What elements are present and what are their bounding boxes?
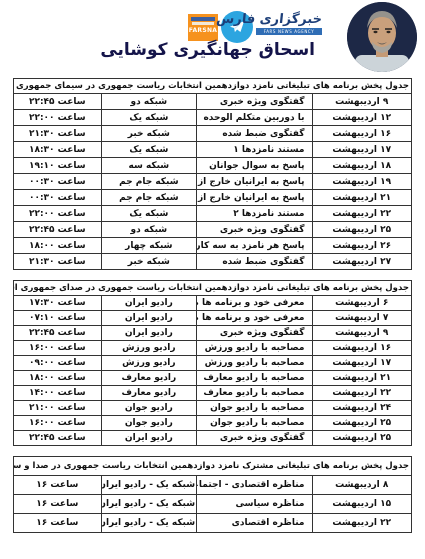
table-row: ۹ اردیبهشتگفتگوی ویژه خبریرادیو ایرانساع… [14, 326, 412, 341]
cell-time: ساعت ۰۰:۳۰ [14, 190, 102, 206]
farsna-decorative-text-line [192, 22, 214, 25]
table-row: ۱۷ اردیبهشتمصاحبه با رادیو ورزشرادیو ورز… [14, 356, 412, 371]
cell-program: مصاحبه با رادیو ورزش [197, 341, 312, 356]
cell-program: مناظره اقتصادی [197, 514, 312, 533]
table-row: ۷ اردیبهشتمعرفی خود و برنامه ها متکلم وح… [14, 311, 412, 326]
table-row: ۱۸ اردیبهشتپاسخ به سوال جوانانشبکه سهساع… [14, 158, 412, 174]
cell-time: ساعت ۱۷:۳۰ [14, 296, 102, 311]
cell-time: ساعت ۱۹:۱۰ [14, 158, 102, 174]
tv-schedule-table: جدول پخش برنامه های تبلیغاتی نامزد دوازد… [13, 78, 412, 270]
cell-time: ساعت ۰۰:۳۰ [14, 174, 102, 190]
table-row: ۶ اردیبهشتمعرفی خود و برنامه ها متکلم وح… [14, 296, 412, 311]
cell-time: ساعت ۲۱:۳۰ [14, 126, 102, 142]
cell-time: ساعت ۲۱:۰۰ [14, 401, 102, 416]
cell-date: ۱۲ اردیبهشت [312, 110, 412, 126]
table-row: ۲۵ اردیبهشتگفتگوی ویژه خبریشبکه دوساعت ۲… [14, 222, 412, 238]
table-title-row: جدول پخش برنامه های تبلیغاتی نامزد دوازد… [14, 281, 412, 296]
farsna-logo: FARSNA [188, 14, 218, 41]
cell-time: ساعت ۱۴:۰۰ [14, 386, 102, 401]
table-row: ۲۱ اردیبهشتپاسخ به ایرانیان خارج از کشور… [14, 190, 412, 206]
cell-date: ۲۱ اردیبهشت [312, 371, 412, 386]
cell-program: گفتگوی ویژه خبری [197, 326, 312, 341]
cell-time: ساعت ۱۸:۰۰ [14, 238, 102, 254]
candidate-photo [347, 2, 417, 72]
table-title-row: جدول پخش برنامه های تبلیغاتی نامزد دوازد… [14, 79, 412, 94]
cell-channel: شبکه یک - رادیو ایران [101, 476, 197, 495]
cell-time: ساعت ۰۹:۰۰ [14, 356, 102, 371]
cell-channel: شبکه یک [101, 142, 197, 158]
cell-program: مصاحبه با رادیو جوان [197, 416, 312, 431]
fars-ribbon-text: FARS NEWS AGENCY [256, 28, 322, 35]
cell-date: ۲۱ اردیبهشت [312, 190, 412, 206]
cell-program: مستند نامزدها ۲ [197, 206, 312, 222]
cell-time: ساعت ۲۲:۴۵ [14, 222, 102, 238]
cell-date: ۱۵ اردیبهشت [312, 495, 412, 514]
cell-channel: شبکه دو [101, 94, 197, 110]
table-row: ۲۲ اردیبهشتمناظره اقتصادیشبکه یک - رادیو… [14, 514, 412, 533]
cell-program: مستند نامزدها ۱ [197, 142, 312, 158]
table-row: ۲۴ اردیبهشتمصاحبه با رادیو جوانرادیو جوا… [14, 401, 412, 416]
table-row: ۱۹ اردیبهشتپاسخ به ایرانیان خارج از کشور… [14, 174, 412, 190]
page: FARSNA خبرگزاری فارس FARS NEWS AGENCY [0, 0, 425, 559]
cell-time: ساعت ۲۲:۴۵ [14, 94, 102, 110]
cell-date: ۲۲ اردیبهشت [312, 386, 412, 401]
cell-channel: شبکه جام جم [101, 174, 197, 190]
cell-program: پاسخ به سوال جوانان [197, 158, 312, 174]
cell-date: ۹ اردیبهشت [312, 326, 412, 341]
cell-date: ۱۷ اردیبهشت [312, 142, 412, 158]
candidate-name: اسحاق جهانگیری کوشایی [100, 40, 315, 60]
cell-date: ۲۶ اردیبهشت [312, 238, 412, 254]
cell-program: مصاحبه با رادیو معارف [197, 371, 312, 386]
cell-channel: شبکه یک [101, 206, 197, 222]
cell-date: ۲۲ اردیبهشت [312, 206, 412, 222]
cell-channel: رادیو ورزش [101, 341, 197, 356]
table-row: ۲۱ اردیبهشتمصاحبه با رادیو معارفرادیو مع… [14, 371, 412, 386]
table-row: ۲۵ اردیبهشتمصاحبه با رادیو جوانرادیو جوا… [14, 416, 412, 431]
schedule-tables: جدول پخش برنامه های تبلیغاتی نامزد دوازد… [0, 78, 425, 533]
cell-channel: رادیو معارف [101, 386, 197, 401]
cell-date: ۲۵ اردیبهشت [312, 222, 412, 238]
cell-channel: رادیو معارف [101, 371, 197, 386]
table-row: ۱۶ اردیبهشتگفتگوی ضبط شدهشبکه خبرساعت ۲۱… [14, 126, 412, 142]
fars-news-logo: خبرگزاری فارس FARS NEWS AGENCY [256, 12, 322, 35]
cell-time: ساعت ۱۶ [14, 476, 102, 495]
cell-date: ۲۲ اردیبهشت [312, 514, 412, 533]
cell-date: ۹ اردیبهشت [312, 94, 412, 110]
cell-time: ساعت ۱۶:۰۰ [14, 341, 102, 356]
cell-date: ۱۹ اردیبهشت [312, 174, 412, 190]
table-title-row: جدول پخش برنامه های تبلیغاتی مشترک نامزد… [14, 457, 412, 476]
cell-time: ساعت ۲۲:۴۵ [14, 431, 102, 446]
cell-program: گفتگوی ضبط شده [197, 126, 312, 142]
cell-date: ۱۶ اردیبهشت [312, 341, 412, 356]
cell-channel: شبکه سه [101, 158, 197, 174]
cell-channel: رادیو جوان [101, 401, 197, 416]
cell-program: با دوربین متکلم الوحده [197, 110, 312, 126]
cell-channel: شبکه خبر [101, 254, 197, 270]
cell-program: معرفی خود و برنامه ها متکلم وحده [197, 311, 312, 326]
cell-time: ساعت ۲۱:۳۰ [14, 254, 102, 270]
cell-channel: شبکه خبر [101, 126, 197, 142]
cell-time: ساعت ۱۶ [14, 495, 102, 514]
table-row: ۱۲ اردیبهشتبا دوربین متکلم الوحدهشبکه یک… [14, 110, 412, 126]
cell-date: ۲۵ اردیبهشت [312, 416, 412, 431]
cell-time: ساعت ۲۲:۰۰ [14, 206, 102, 222]
cell-program: مصاحبه با رادیو جوان [197, 401, 312, 416]
table-row: ۱۶ اردیبهشتمصاحبه با رادیو ورزشرادیو ورز… [14, 341, 412, 356]
cell-program: گفتگوی ضبط شده [197, 254, 312, 270]
farsna-decorative-text-line [191, 17, 215, 21]
cell-channel: شبکه یک - رادیو ایران [101, 514, 197, 533]
portrait-illustration [347, 2, 417, 72]
cell-channel: شبکه جام جم [101, 190, 197, 206]
table-row: ۲۷ اردیبهشتگفتگوی ضبط شدهشبکه خبرساعت ۲۱… [14, 254, 412, 270]
cell-date: ۲۴ اردیبهشت [312, 401, 412, 416]
cell-channel: رادیو ایران [101, 431, 197, 446]
cell-date: ۶ اردیبهشت [312, 296, 412, 311]
table-row: ۱۵ اردیبهشتمناظره سیاسیشبکه یک - رادیو ا… [14, 495, 412, 514]
cell-channel: رادیو ایران [101, 326, 197, 341]
cell-program: معرفی خود و برنامه ها متکلم وحده [197, 296, 312, 311]
cell-program: مصاحبه با رادیو معارف [197, 386, 312, 401]
table-row: ۲۵ اردیبهشتگفتگوی ویژه خبریرادیو ایرانسا… [14, 431, 412, 446]
cell-program: مناظره سیاسی [197, 495, 312, 514]
cell-channel: رادیو ایران [101, 296, 197, 311]
table-row: ۲۲ اردیبهشتمستند نامزدها ۲شبکه یکساعت ۲۲… [14, 206, 412, 222]
cell-channel: شبکه یک [101, 110, 197, 126]
cell-date: ۱۷ اردیبهشت [312, 356, 412, 371]
table-row: ۸ اردیبهشتمناظره اقتصادی - اجتماعیشبکه ی… [14, 476, 412, 495]
cell-channel: رادیو ورزش [101, 356, 197, 371]
table-title: جدول پخش برنامه های تبلیغاتی نامزد دوازد… [14, 281, 412, 296]
cell-channel: شبکه یک - رادیو ایران [101, 495, 197, 514]
cell-date: ۸ اردیبهشت [312, 476, 412, 495]
farsna-label: FARSNA [188, 27, 218, 34]
cell-time: ساعت ۲۲:۴۵ [14, 326, 102, 341]
table-title: جدول پخش برنامه های تبلیغاتی مشترک نامزد… [14, 457, 412, 476]
cell-time: ساعت ۱۸:۳۰ [14, 142, 102, 158]
header: FARSNA خبرگزاری فارس FARS NEWS AGENCY [0, 0, 425, 76]
table-row: ۲۶ اردیبهشتپاسخ هر نامزد به سه کارشناسشب… [14, 238, 412, 254]
cell-program: پاسخ به ایرانیان خارج از کشور [197, 174, 312, 190]
cell-program: مناظره اقتصادی - اجتماعی [197, 476, 312, 495]
cell-date: ۲۵ اردیبهشت [312, 431, 412, 446]
cell-date: ۱۸ اردیبهشت [312, 158, 412, 174]
table-title: جدول پخش برنامه های تبلیغاتی نامزد دوازد… [14, 79, 412, 94]
table-row: ۲۲ اردیبهشتمصاحبه با رادیو معارفرادیو مع… [14, 386, 412, 401]
cell-date: ۲۷ اردیبهشت [312, 254, 412, 270]
cell-time: ساعت ۱۶:۰۰ [14, 416, 102, 431]
cell-program: گفتگوی ویژه خبری [197, 431, 312, 446]
cell-date: ۱۶ اردیبهشت [312, 126, 412, 142]
cell-time: ساعت ۱۸:۰۰ [14, 371, 102, 386]
cell-program: گفتگوی ویژه خبری [197, 222, 312, 238]
table-row: ۱۷ اردیبهشتمستند نامزدها ۱شبکه یکساعت ۱۸… [14, 142, 412, 158]
cell-program: پاسخ به ایرانیان خارج از کشور [197, 190, 312, 206]
cell-program: پاسخ هر نامزد به سه کارشناس [197, 238, 312, 254]
radio-schedule-table: جدول پخش برنامه های تبلیغاتی نامزد دوازد… [13, 280, 412, 446]
cell-program: مصاحبه با رادیو ورزش [197, 356, 312, 371]
cell-channel: شبکه چهار [101, 238, 197, 254]
cell-program: گفتگوی ویژه خبری [197, 94, 312, 110]
cell-channel: رادیو ایران [101, 311, 197, 326]
cell-time: ساعت ۲۲:۰۰ [14, 110, 102, 126]
joint-debate-schedule-table: جدول پخش برنامه های تبلیغاتی مشترک نامزد… [13, 456, 412, 533]
cell-channel: شبکه دو [101, 222, 197, 238]
cell-date: ۷ اردیبهشت [312, 311, 412, 326]
fars-logo-text: خبرگزاری فارس [255, 12, 323, 27]
table-row: ۹ اردیبهشتگفتگوی ویژه خبریشبکه دوساعت ۲۲… [14, 94, 412, 110]
cell-time: ساعت ۰۷:۱۰ [14, 311, 102, 326]
cell-channel: رادیو جوان [101, 416, 197, 431]
cell-time: ساعت ۱۶ [14, 514, 102, 533]
